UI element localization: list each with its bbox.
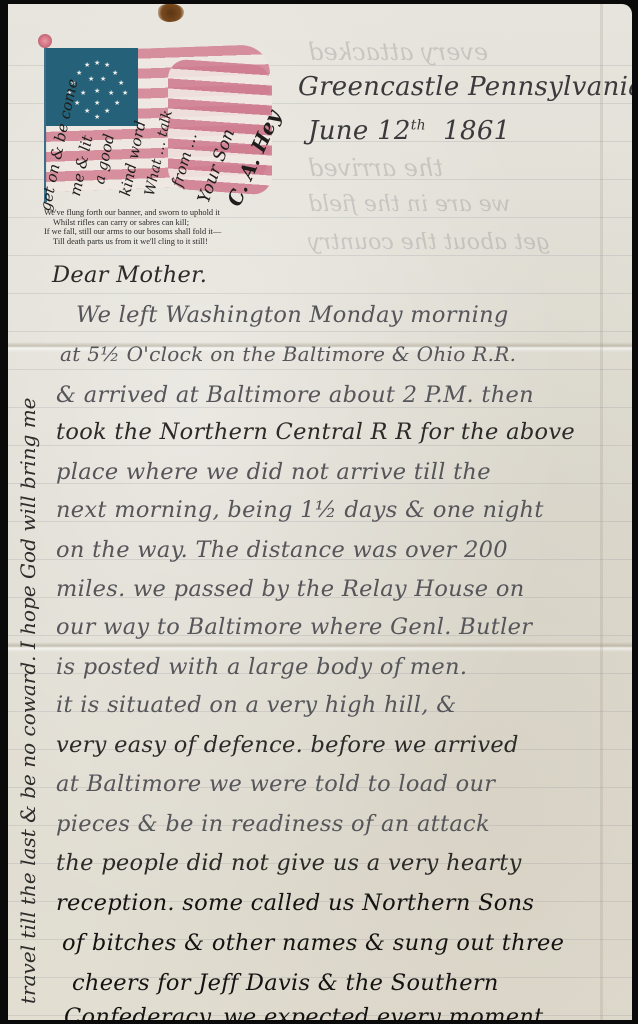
margin-writing: travel till the last & be no coward. I h… — [16, 397, 40, 1004]
verse-line: Whilst rifles can carry or sabres can ki… — [44, 218, 304, 228]
date-day: June 12 — [308, 116, 411, 146]
body-line: of bitches & other names & sung out thre… — [62, 930, 564, 956]
letter-date: June 12th 1861 — [308, 116, 511, 146]
body-line: took the Northern Central R R for the ab… — [56, 419, 575, 445]
body-line: & arrived at Baltimore about 2 P.M. then — [56, 382, 534, 408]
body-line: is posted with a large body of men. — [56, 654, 467, 680]
bleed-through-text: every attacked — [308, 38, 488, 66]
body-line: reception. some called us Northern Sons — [56, 890, 534, 916]
letterhead-verse: We've flung forth our banner, and sworn … — [44, 208, 304, 246]
salutation: Dear Mother. — [52, 262, 207, 288]
bleed-through-text: we are in the field — [308, 192, 511, 217]
date-year: 1861 — [443, 116, 510, 146]
letter-place: Greencastle Pennsylvania — [298, 72, 632, 102]
body-line: at Baltimore we were told to load our — [56, 771, 495, 797]
verse-line: If we fall, still our arms to our bosoms… — [44, 227, 304, 237]
body-line: cheers for Jeff Davis & the Southern — [72, 970, 499, 996]
body-line: Confederacy. we expected every moment — [64, 1004, 544, 1020]
bleed-through-text: the arrived — [308, 154, 443, 182]
body-line: We left Washington Monday morning — [76, 302, 509, 328]
flag-finial — [38, 34, 52, 48]
paper-fold-vertical — [600, 4, 603, 1020]
date-suffix: th — [411, 117, 426, 133]
body-line: next morning, being 1½ days & one night — [56, 497, 544, 523]
body-line: miles. we passed by the Relay House on — [56, 576, 525, 602]
body-line: place where we did not arrive till the — [56, 459, 491, 485]
bleed-through-text: get about the country — [308, 230, 550, 255]
body-line: it is situated on a very high hill, & — [56, 692, 457, 718]
body-line: at 5½ O'clock on the Baltimore & Ohio R.… — [60, 342, 516, 366]
body-line: pieces & be in readiness of an attack — [56, 811, 490, 837]
verse-line: We've flung forth our banner, and sworn … — [44, 208, 304, 218]
body-line: on the way. The distance was over 200 — [56, 537, 508, 563]
verse-line: Till death parts us from it we'll cling … — [44, 237, 304, 247]
body-line: the people did not give us a very hearty — [56, 850, 522, 876]
body-line: our way to Baltimore where Genl. Butler — [56, 614, 532, 640]
paper-fold — [8, 642, 632, 652]
letter-page: every attacked the arrived we are in the… — [8, 4, 632, 1020]
body-line: very easy of defence. before we arrived — [56, 732, 519, 758]
